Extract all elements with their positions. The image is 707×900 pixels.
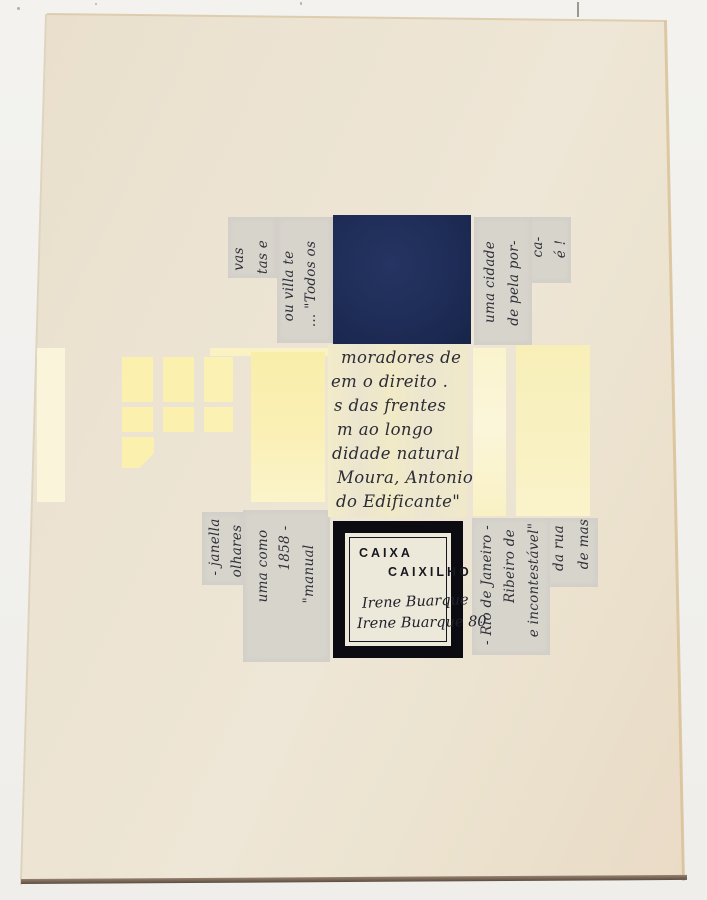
- handwriting-column: da rua: [551, 525, 567, 571]
- middle-handwriting-line: moradores de: [341, 348, 461, 367]
- handwriting-column: … "Todos os: [303, 241, 319, 327]
- navy-square: [333, 215, 471, 344]
- artist-label-frame: CAIXA CAIXILHO Irene Buarque Irene Buarq…: [333, 521, 463, 658]
- yellow-window-pane: [122, 357, 153, 402]
- handwriting-column: olhares: [229, 525, 245, 578]
- yellow-patch-right-1: [473, 348, 506, 516]
- yellow-block: [251, 352, 325, 502]
- handwriting-column: 1858 -: [277, 525, 293, 570]
- label-title-line1: CAIXA: [359, 546, 413, 560]
- yellow-window-pane: [204, 407, 233, 432]
- handwriting-column: vas: [231, 247, 247, 271]
- backdrop-speck: [17, 7, 20, 10]
- label-title-line2: CAIXILHO: [388, 565, 472, 579]
- middle-handwriting-line: m ao longo: [337, 420, 433, 439]
- handwriting-column: é !: [553, 240, 569, 259]
- middle-handwriting-line: do Edificante": [336, 492, 460, 511]
- handwriting-column: e incontestável": [526, 523, 542, 637]
- backdrop-speck: [95, 3, 97, 5]
- middle-handwriting-line: em o direito .: [331, 372, 448, 391]
- middle-handwriting-line: Moura, Antonio: [337, 468, 473, 487]
- artwork-photo: moradores de em o direito . s das frente…: [0, 0, 707, 900]
- yellow-patch-right-2: [516, 345, 590, 516]
- handwriting-column: uma como: [255, 530, 271, 603]
- handwriting-column: ca-: [530, 236, 546, 257]
- backdrop-speck: [300, 2, 302, 5]
- artist-signature-2: Irene Buarque 80: [357, 614, 487, 632]
- yellow-patch-left-strip: [37, 348, 65, 502]
- handwriting-column: - janella: [207, 518, 223, 575]
- yellow-window-pane: [163, 357, 194, 402]
- handwriting-column: uma cidade: [482, 241, 498, 323]
- yellow-window-pane: [204, 357, 233, 402]
- handwriting-column: ou villa te: [281, 251, 297, 322]
- backdrop-mark: [577, 2, 579, 17]
- handwriting-column: de mas: [576, 519, 592, 570]
- artist-label-border: CAIXA CAIXILHO Irene Buarque Irene Buarq…: [349, 537, 447, 642]
- artist-signature-1: Irene Buarque: [362, 592, 469, 612]
- middle-handwriting-line: didade natural: [332, 444, 460, 463]
- handwriting-column: Ribeiro de: [502, 529, 518, 603]
- middle-handwriting-line: s das frentes: [334, 396, 446, 415]
- handwriting-column: de pela por-: [506, 240, 522, 326]
- artist-label-panel: CAIXA CAIXILHO Irene Buarque Irene Buarq…: [345, 533, 451, 646]
- yellow-window-pane: [163, 407, 194, 432]
- yellow-window-pane: [122, 407, 153, 432]
- handwriting-column: "manual: [301, 545, 317, 604]
- handwriting-column: tas e: [255, 240, 271, 274]
